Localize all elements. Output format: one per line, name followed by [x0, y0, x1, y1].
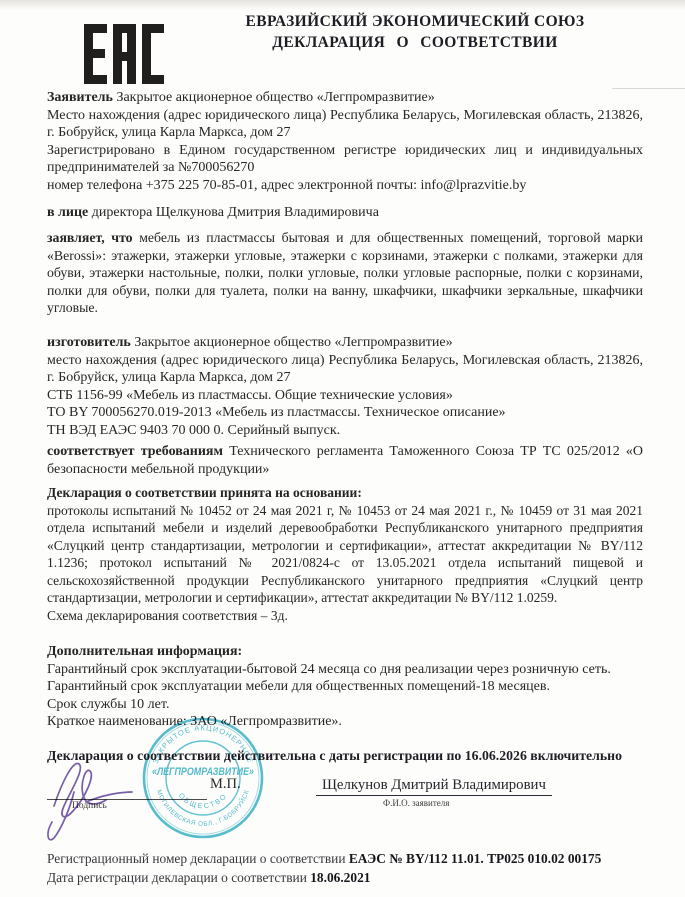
signer-name: Щелкунов Дмитрий Владимирович [316, 777, 552, 796]
applicant-section: Заявитель Закрытое акционерное общество … [47, 89, 643, 195]
signature-ink-icon [40, 748, 170, 843]
union-title: ЕВРАЗИЙСКИЙ ЭКОНОМИЧЕСКИЙ СОЮЗ [185, 11, 645, 32]
additional-info-section: Дополнительная информация: Гарантийный с… [47, 643, 643, 731]
registration-date-value: 18.06.2021 [310, 870, 370, 885]
representative-line: в лице директора Щелкунова Дмитрия Влади… [47, 204, 643, 222]
manufacturer-name-line: изготовитель Закрытое акционерное общест… [47, 334, 643, 352]
additional-info-heading: Дополнительная информация: [47, 643, 643, 661]
applicant-address: Место нахождения (адрес юридического лиц… [47, 107, 643, 142]
basis-section: Декларация о соответствии принята на осн… [47, 484, 643, 624]
declaration-subject: заявляет, что мебель из пластмассы бытов… [47, 229, 643, 317]
manufacturer-to-standard: ТО BY 700056270.019-2013 «Мебель из плас… [47, 404, 643, 422]
basis-scheme: Схема декларирования соответствия – 3д. [47, 607, 643, 625]
document-header: ЕВРАЗИЙСКИЙ ЭКОНОМИЧЕСКИЙ СОЮЗ ДЕКЛАРАЦИ… [185, 11, 645, 53]
registration-footer: Регистрационный номер декларации о соотв… [47, 849, 643, 887]
signer-caption: Ф.И.О. заявителя [383, 798, 449, 808]
applicant-registration: Зарегистрировано в Едином государственно… [47, 142, 643, 177]
compliance-section: соответствует требованиям Технического р… [47, 443, 643, 478]
eac-mark-icon [84, 24, 164, 86]
short-name-line: Краткое наименование: ЗАО «Легпромразвит… [47, 713, 643, 731]
compliance-label: соответствует требованиям [47, 444, 229, 459]
basis-protocols: протоколы испытаний № 10452 от 24 мая 20… [47, 502, 643, 607]
service-life-line: Срок службы 10 лет. [47, 696, 643, 714]
applicant-label: Заявитель [47, 90, 116, 105]
registration-date-line: Дата регистрации декларации о соответств… [47, 868, 643, 887]
declares-label: заявляет, что [47, 230, 139, 245]
basis-heading: Декларация о соответствии принята на осн… [47, 484, 643, 502]
warranty-public-line: Гарантийный срок эксплуатации мебели для… [47, 678, 643, 696]
applicant-name-line: Заявитель Закрытое акционерное общество … [47, 89, 643, 107]
manufacturer-section: изготовитель Закрытое акционерное общест… [47, 334, 643, 440]
applicant-contacts: номер телефона +375 225 70-85-01, адрес … [47, 177, 643, 195]
representative-label: в лице [47, 205, 92, 220]
warranty-household-line: Гарантийный срок эксплуатации-бытовой 24… [47, 661, 643, 679]
manufacturer-label: изготовитель [47, 335, 134, 350]
registration-number-line: Регистрационный номер декларации о соотв… [47, 849, 643, 868]
manufacturer-stb-standard: СТБ 1156-99 «Мебель из пластмассы. Общие… [47, 387, 643, 405]
declaration-document: ЕВРАЗИЙСКИЙ ЭКОНОМИЧЕСКИЙ СОЮЗ ДЕКЛАРАЦИ… [0, 0, 685, 897]
manufacturer-address: место нахождения (адрес юридического лиц… [47, 352, 643, 387]
stamp-inner-bottom-text: ОБЩЕСТВО [177, 791, 229, 811]
svg-text:ОБЩЕСТВО: ОБЩЕСТВО [177, 791, 229, 811]
registration-number-value: ЕАЭС № BY/112 11.01. ТР025 010.02 00175 [349, 851, 601, 866]
eac-logo [84, 24, 164, 91]
manufacturer-tnved-code: ТН ВЭД ЕАЭС 9403 70 000 0. Серийный выпу… [47, 422, 643, 440]
handwritten-signature [40, 748, 170, 843]
document-title: ДЕКЛАРАЦИЯ О СООТВЕТСТВИИ [185, 32, 645, 53]
